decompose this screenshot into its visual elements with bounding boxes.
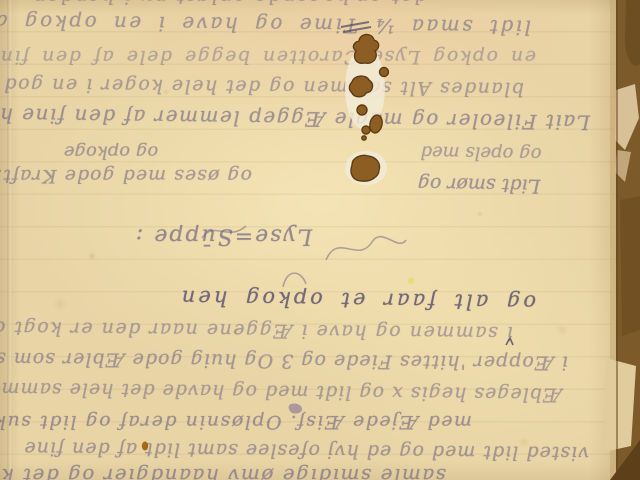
handwriting-line: og alt faar et opkog hen	[188, 285, 536, 316]
handwriting-line: visted lidt med og ed hvj ofeslee samt l…	[25, 436, 589, 465]
handwriting-line: og opkoge	[55, 140, 167, 163]
handwriting-line: i Æopper 'hittes Fiede og 3 Og huig gode…	[0, 346, 568, 374]
handwriting-line: og opels med	[404, 140, 558, 165]
recipe-heading: Lyse=Sūppe :	[128, 222, 318, 250]
handwriting-line: det er kogende opløst nu i kanden	[55, 0, 427, 8]
handwriting-line: blandes Alt sammen og det hele koger i e…	[0, 72, 524, 100]
handwriting-line: i sammen og have i Æggene naar den er ko…	[55, 316, 513, 345]
manuscript-photo: det er kogende opløst nu i kanden lidt s…	[0, 0, 640, 480]
handwriting-line: samle smidige ømv haandgier og det kogen…	[0, 463, 446, 480]
handwriting-line: Lidt smør og	[398, 171, 560, 198]
handwriting-line: en opkog Lyse Carotten begge dele af den…	[0, 44, 536, 68]
handwriting-line: og øses med gode Kraft:	[0, 163, 252, 187]
handwriting-line: med Æjede Æisf. Opløsnin deraf og lidt s…	[0, 409, 472, 433]
